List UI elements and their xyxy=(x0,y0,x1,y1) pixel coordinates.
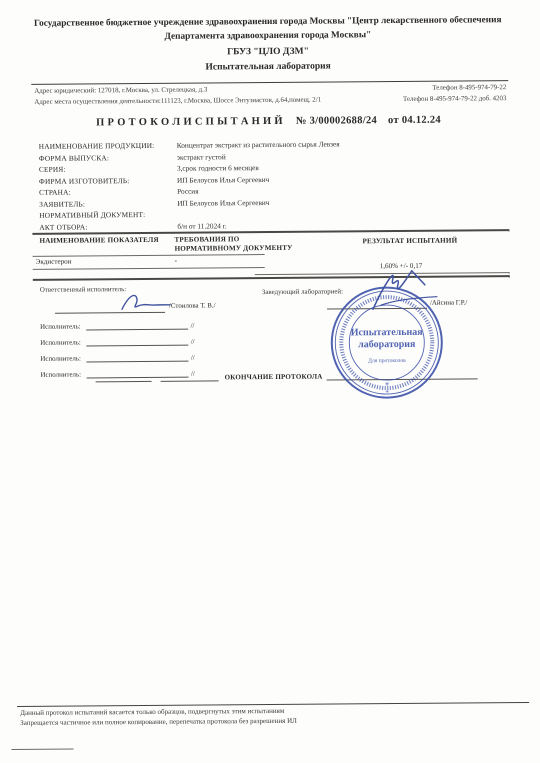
organization-short-name: ГБУЗ "ЦЛО ДЗМ" xyxy=(0,45,538,59)
stamp-text-line3: Для протоколов xyxy=(368,358,406,364)
table-rule xyxy=(33,267,265,270)
executor-signature-line xyxy=(87,319,189,331)
laboratory-round-stamp: Испытательная лаборатория Для протоколов… xyxy=(329,285,445,401)
responsible-executor-label: Ответственный исполнитель: xyxy=(40,286,126,294)
responsible-executor-name: /Стоилова Т. В./ xyxy=(169,302,216,309)
table-row-requirement: - xyxy=(175,257,177,265)
legal-address: Адрес юридический: 127018, г.Москва, ул.… xyxy=(34,86,207,94)
stamp-text-line2: лаборатория xyxy=(358,339,416,350)
executor-label: Исполнитель: xyxy=(40,355,81,362)
footer-note-2: Запрещается частичное или полное копиров… xyxy=(20,717,297,727)
end-line-segment xyxy=(161,372,219,381)
footer-short-line xyxy=(11,749,73,750)
executor-row: Исполнитель: // xyxy=(40,319,194,331)
executor-signature-line xyxy=(87,351,189,363)
protocol-title: П Р О Т О К О Л И С П Ы Т А Н И Й № 3/00… xyxy=(0,114,539,129)
protocol-date: от 04.12.24 xyxy=(388,115,441,126)
phone-number-ext: Телефон 8-495-974-79-22 доб. 4203 xyxy=(403,95,506,103)
activity-address: Адрес места осуществления деятельности:1… xyxy=(34,97,321,106)
executor-label: Исполнитель: xyxy=(41,371,82,378)
table-row-indicator: Экдистерон xyxy=(36,258,72,266)
executor-row: Исполнитель: // xyxy=(40,351,194,363)
protocol-number: № 3/00002688/24 xyxy=(296,115,377,127)
column-header-requirement: ТРЕБОВАНИЯ ПО НОРМАТИВНОМУ ДОКУМЕНТУ xyxy=(174,235,294,254)
legal-address-row: Адрес юридический: 127018, г.Москва, ул.… xyxy=(34,84,506,95)
footer-note-1: Данный протокол испытаний касается тольк… xyxy=(20,707,284,717)
executor-name-placeholder: // xyxy=(191,355,195,362)
end-line-segment xyxy=(96,373,152,382)
column-header-result: РЕЗУЛЬТАТ ИСПЫТАНИЙ xyxy=(362,236,512,246)
executor-name-placeholder: // xyxy=(191,339,195,346)
stamp-bottom-mark: ✳ xyxy=(385,381,390,388)
end-of-protocol-text: ОКОНЧАНИЕ ПРОТОКОЛА xyxy=(223,373,325,382)
product-fields: НАИМЕНОВАНИЕ ПРОДУКЦИИ:Концентрат экстра… xyxy=(39,137,502,233)
column-header-indicator: НАИМЕНОВАНИЕ ПОКАЗАТЕЛЯ xyxy=(39,236,174,246)
stamp-text-line1: Испытательная xyxy=(351,327,424,339)
stamp-bottom-mark: ✳ xyxy=(385,389,389,395)
organization-name: Государственное бюджетное учреждение здр… xyxy=(33,14,503,46)
executor-row: Исполнитель: // xyxy=(40,335,194,347)
laboratory-name: Испытательная лаборатория xyxy=(0,60,538,74)
executor-name-placeholder: // xyxy=(191,323,195,330)
executor-signature-line xyxy=(87,335,189,347)
table-rule xyxy=(33,254,265,257)
activity-address-row: Адрес места осуществления деятельности:1… xyxy=(34,95,506,106)
executor-label: Исполнитель: xyxy=(40,323,81,330)
executor-label: Исполнитель: xyxy=(40,339,81,346)
protocol-title-text: П Р О Т О К О Л И С П Ы Т А Н И Й xyxy=(96,116,283,128)
phone-number: Телефон 8-495-974-79-22 xyxy=(432,84,506,92)
scanned-protocol-page: Государственное бюджетное учреждение здр… xyxy=(0,0,540,763)
